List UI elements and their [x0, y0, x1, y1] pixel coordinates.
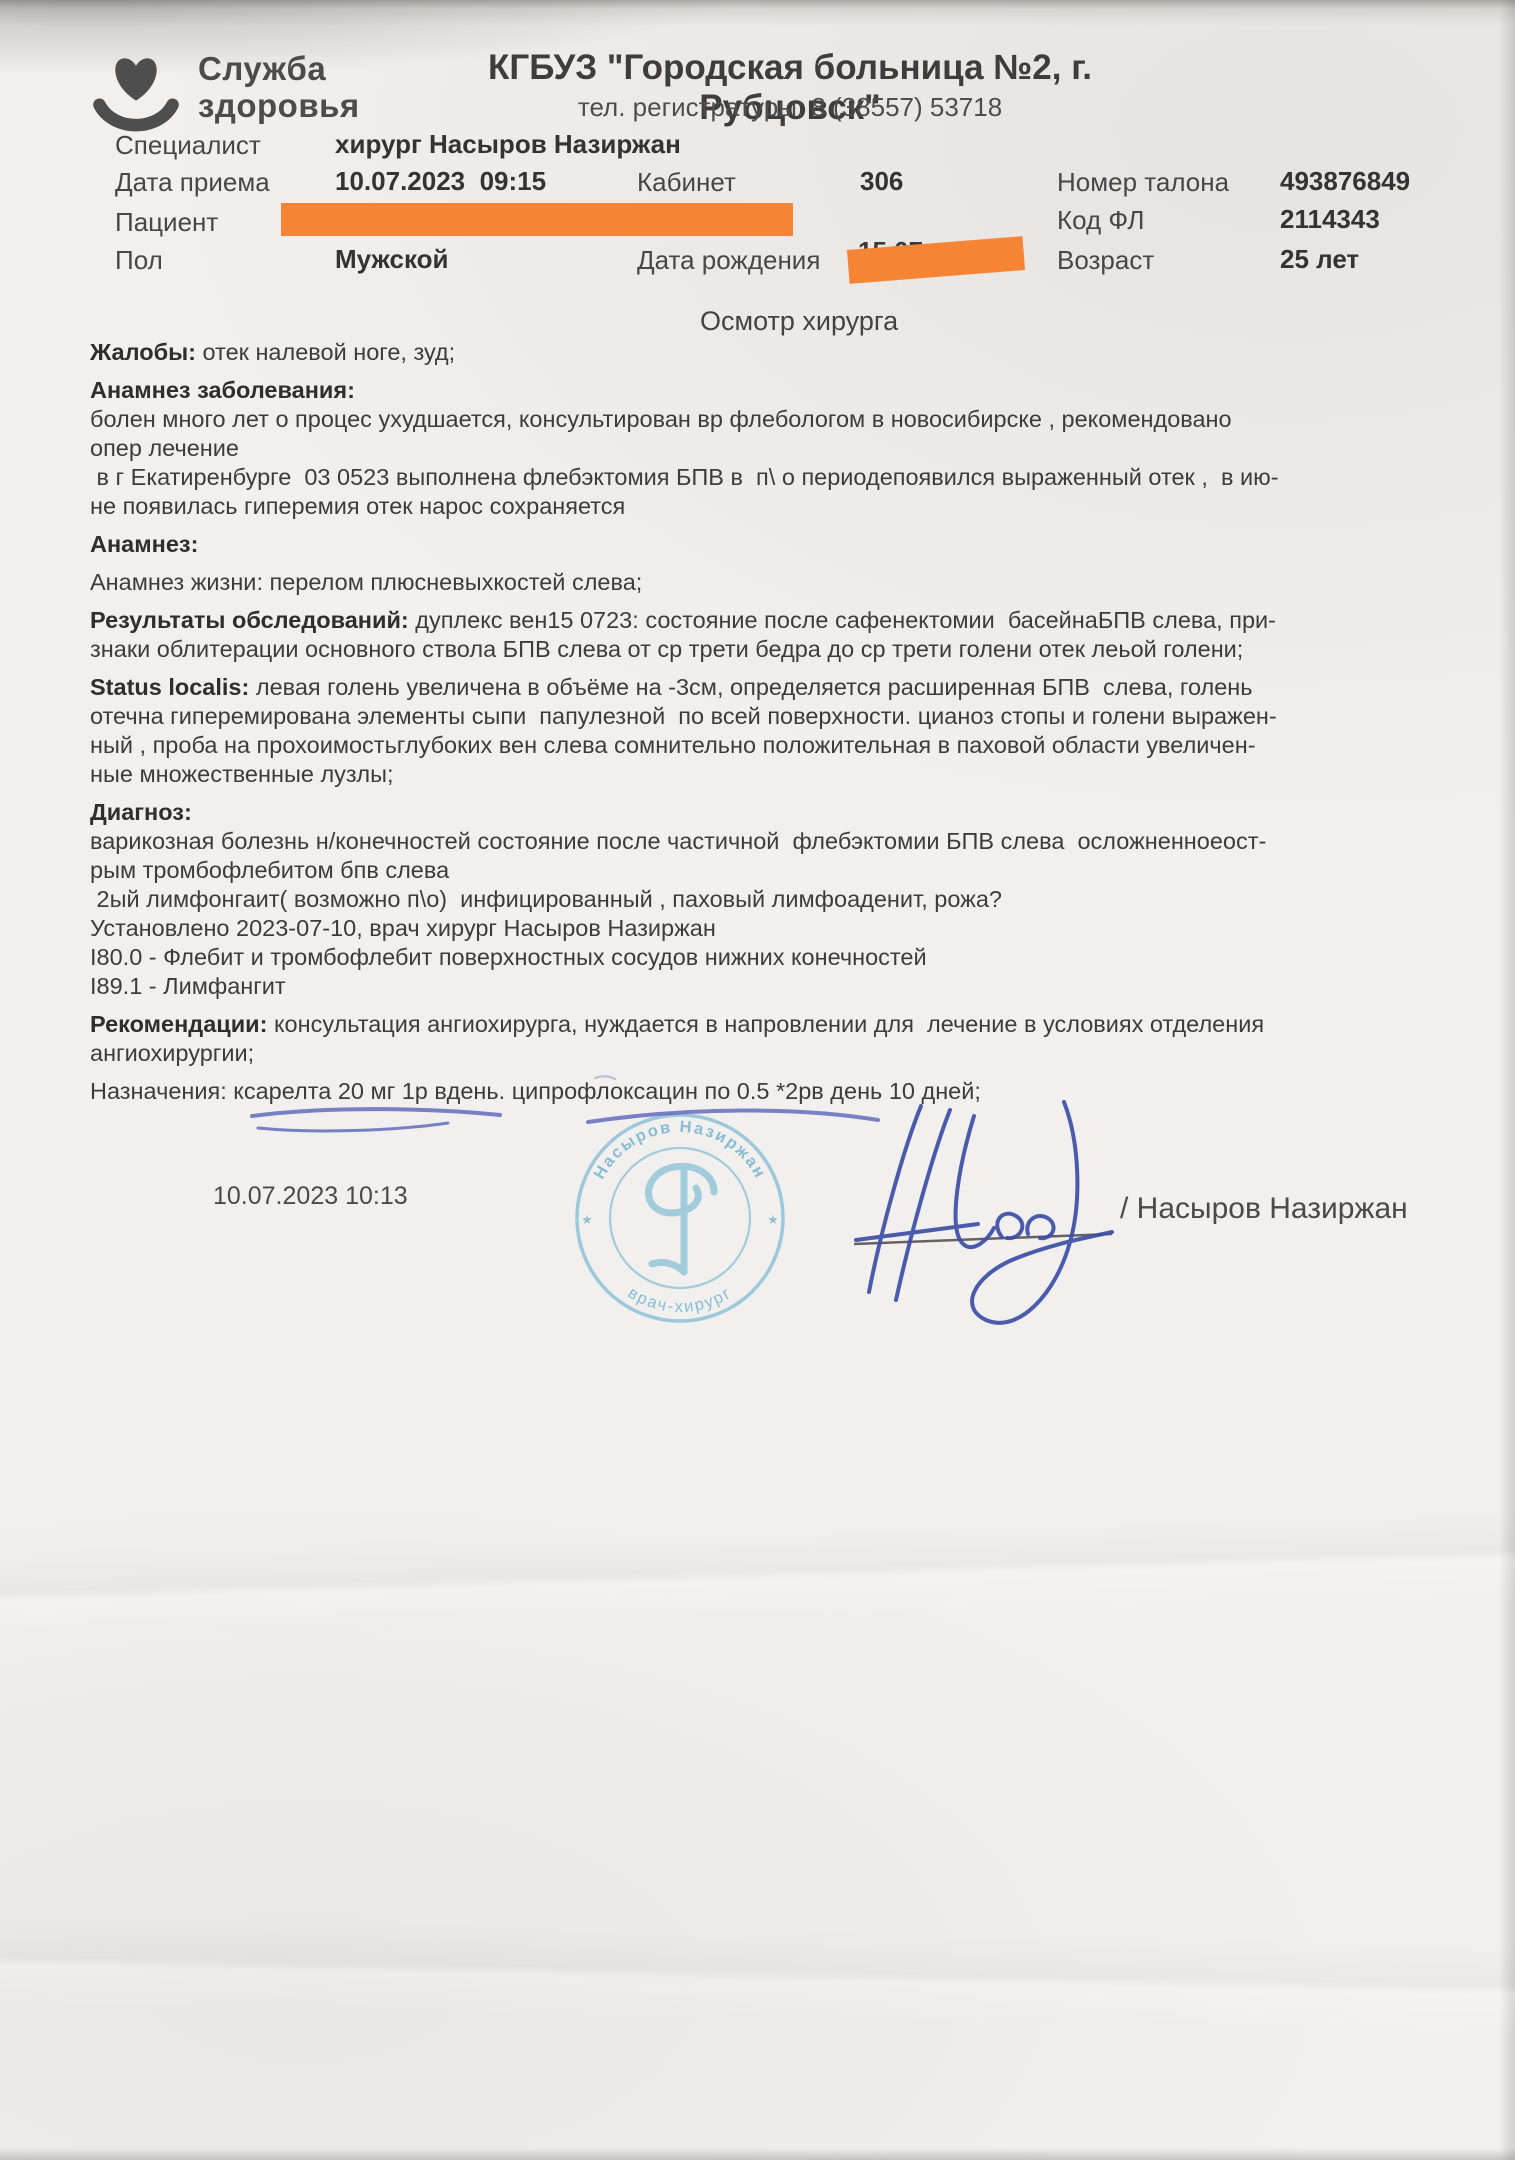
exam-paragraph: ный , проба на прохоимостьглубоких вен с… — [90, 731, 1450, 760]
exam-paragraph: Назначения: ксарелта 20 мг 1р вдень. цип… — [90, 1077, 1450, 1106]
stamp-star-right: ★ — [767, 1212, 779, 1227]
room-label: Кабинет — [637, 167, 736, 198]
exam-paragraph: знаки облитерации основного ствола БПВ с… — [90, 635, 1450, 664]
scan-shadow-right — [1499, 0, 1515, 2160]
exam-paragraph: I80.0 - Флебит и тромбофлебит поверхност… — [90, 943, 1450, 972]
document-page: Служба здоровья КГБУЗ "Городская больниц… — [0, 0, 1515, 2160]
scan-shadow-bottom — [0, 2148, 1515, 2160]
fl-code-value: 2114343 — [1280, 204, 1380, 235]
exam-paragraph: болен много лет о процес ухудшается, кон… — [90, 405, 1450, 434]
exam-paragraph: отечна гиперемирована элементы сыпи папу… — [90, 702, 1450, 731]
paper-crease — [0, 1914, 1515, 2036]
exam-paragraph: Жалобы: отек налевой ноге, зуд; — [90, 338, 1450, 367]
stamp-outer-circle — [577, 1115, 783, 1321]
sex-value: Мужской — [335, 244, 449, 275]
exam-title: Осмотр хирурга — [700, 306, 898, 337]
exam-paragraph: опер лечение — [90, 434, 1450, 463]
exam-paragraph: Рекомендации: консультация ангиохирурга,… — [90, 1010, 1450, 1039]
visit-date-value: 10.07.2023 09:15 — [335, 166, 546, 197]
exam-paragraph: ангиохирургии; — [90, 1039, 1450, 1068]
fl-code-label: Код ФЛ — [1057, 205, 1144, 236]
patient-name-redaction — [281, 203, 793, 236]
exam-paragraphs: Жалобы: отек налевой ноге, зуд;Анамнез з… — [90, 338, 1450, 1106]
exam-paragraph: Анамнез жизни: перелом плюсневыхкостей с… — [90, 568, 1450, 597]
exam-paragraph: Установлено 2023-07-10, врач хирург Насы… — [90, 914, 1450, 943]
doctor-signature-name: / Насыров Назиржан — [1120, 1192, 1408, 1226]
signature-line — [854, 1234, 1112, 1244]
exam-paragraph: Status localis: левая голень увеличена в… — [90, 673, 1450, 702]
stamp-star-left: ★ — [581, 1212, 593, 1227]
logo-line2: здоровья — [198, 87, 360, 124]
age-label: Возраст — [1057, 245, 1154, 276]
paper-crease — [0, 1507, 1515, 1643]
ticket-number-label: Номер талона — [1057, 167, 1229, 198]
birth-date-label: Дата рождения — [637, 245, 820, 276]
ticket-number-value: 493876849 — [1280, 166, 1410, 197]
exam-paragraph: 2ый лимфонгаит( возможно п\о) инфицирова… — [90, 885, 1450, 914]
visit-date-label: Дата приема — [115, 167, 270, 198]
specialist-value: хирург Насыров Назиржан — [335, 129, 681, 160]
exam-paragraph: Результаты обследований: дуплекс вен15 0… — [90, 606, 1450, 635]
exam-paragraph: ные множественные лузлы; — [90, 760, 1450, 789]
age-value: 25 лет — [1280, 244, 1359, 275]
exam-paragraph: Анамнез заболевания: — [90, 376, 1450, 405]
sex-label: Пол — [115, 245, 163, 276]
doctor-signature-ink — [856, 1102, 1112, 1323]
specialist-label: Специалист — [115, 130, 261, 161]
room-value: 306 — [860, 166, 903, 197]
health-service-logo-icon — [82, 40, 190, 134]
exam-paragraph: не появилась гиперемия отек нарос сохран… — [90, 492, 1450, 521]
patient-label: Пациент — [115, 207, 218, 238]
logo-text: Служба здоровья — [198, 50, 360, 124]
exam-paragraph: рым тромбофлебитом бпв слева — [90, 856, 1450, 885]
exam-paragraph: варикозная болезнь н/конечностей состоян… — [90, 827, 1450, 856]
exam-paragraph: Анамнез: — [90, 530, 1450, 559]
logo-line1: Служба — [198, 50, 360, 87]
stamp-center-emblem — [648, 1166, 714, 1272]
exam-paragraph: в г Екатиренбурге 03 0523 выполнена флеб… — [90, 463, 1450, 492]
stamp-doctor-name-arc: Насыров Назиржан — [590, 1118, 769, 1183]
registry-phone: тел. регистратуры: 8 (38557) 53718 — [395, 92, 1185, 123]
exam-paragraph: I89.1 - Лимфангит — [90, 972, 1450, 1001]
doctor-round-stamp: Насыров Назиржан врач-хирург ★ ★ — [568, 1106, 792, 1330]
print-timestamp: 10.07.2023 10:13 — [213, 1182, 408, 1211]
exam-paragraph: Диагноз: — [90, 798, 1450, 827]
